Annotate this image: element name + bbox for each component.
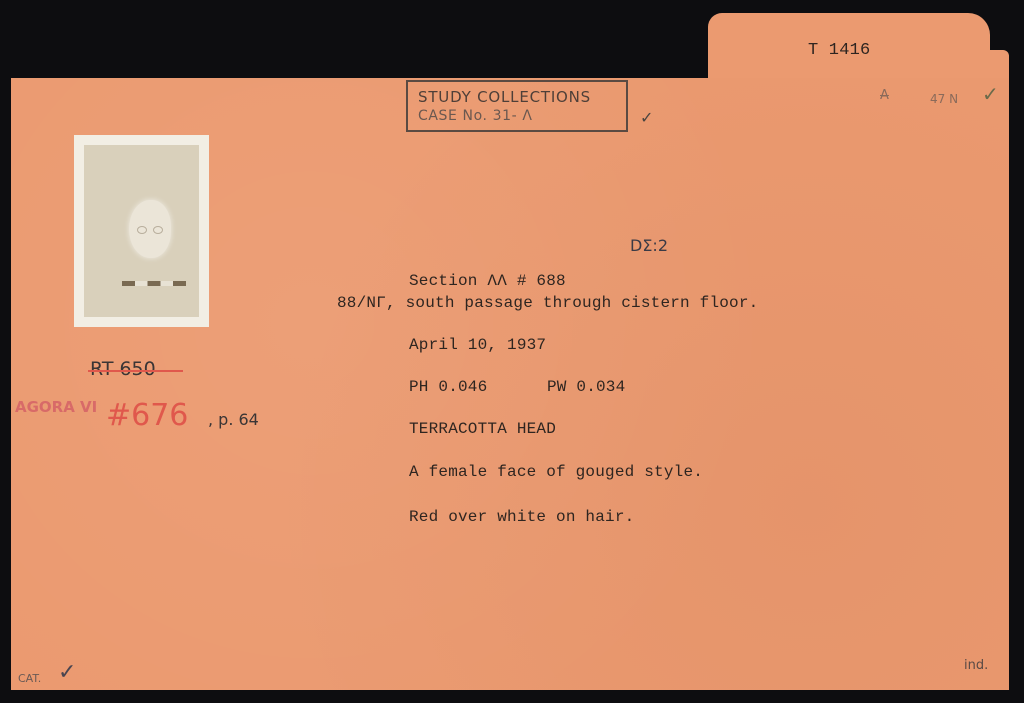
terracotta-head-image [129,200,171,258]
location-line: 88/NΓ, south passage through cistern flo… [337,294,758,312]
object-photo [74,135,209,327]
tab-pencil-note: 47 N [930,92,958,106]
agora-page: , p. 64 [208,410,259,429]
section-line: Section ΛΛ # 688 [409,272,566,290]
tab-number: T 1416 [808,41,870,60]
rt-strikethrough [88,370,183,372]
scale-bar [122,281,186,286]
agora-stamp: AGORA VI [15,398,97,416]
struck-note: A [880,88,889,103]
stamp-checkmark-icon: ✓ [640,108,653,127]
date-line: April 10, 1937 [409,336,546,354]
note-line: Red over white on hair. [409,508,634,526]
footer-cat-note: CAT. [18,672,41,685]
photo-image [84,145,199,317]
study-collections-stamp: STUDY COLLECTIONS CASE No. 31- Λ [406,80,628,132]
agora-catalog-number: #676 [106,398,188,433]
eye-right [153,226,163,234]
stamp-line-2: CASE No. 31- Λ [418,108,533,124]
footer-ind-note: ind. [964,658,988,673]
height-dimension: PH 0.046 [409,378,487,396]
eye-left [137,226,147,234]
description-line: A female face of gouged style. [409,463,703,481]
footer-checkmark-icon: ✓ [58,660,76,685]
object-title: TERRACOTTA HEAD [409,420,556,438]
checkmark-icon: ✓ [982,82,999,106]
width-dimension: PW 0.034 [547,378,625,396]
stamp-line-1: STUDY COLLECTIONS [418,88,591,106]
rt-number: RT 650 [90,358,156,380]
grid-reference: DΣ:2 [630,236,668,255]
